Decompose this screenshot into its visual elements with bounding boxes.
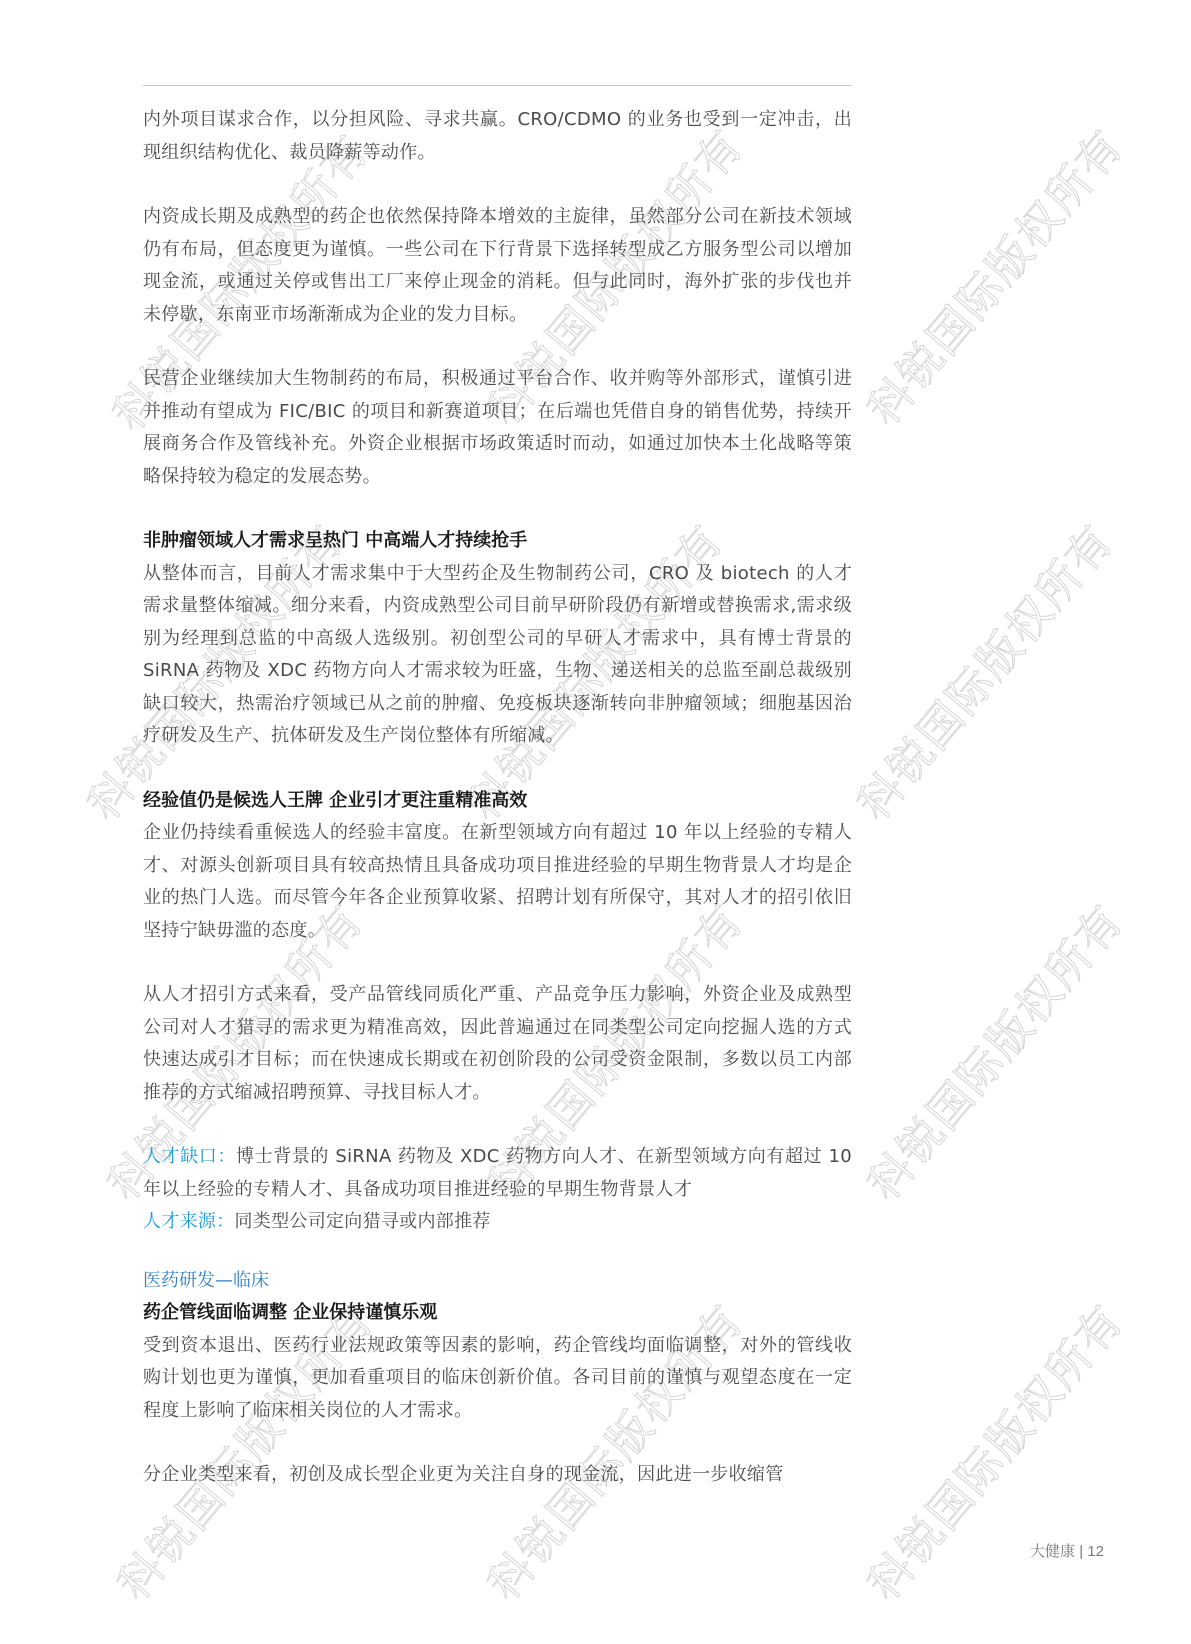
watermark: 科锐国际版权所有 [850, 113, 1136, 436]
section-label-clinical: 医药研发—临床 [143, 1265, 852, 1298]
footer-section: 大健康 [1030, 1543, 1075, 1560]
paragraph-pipeline-adjustment: 受到资本退出、医药行业法规政策等因素的影响，药企管线均面临调整，对外的管线收购计… [143, 1330, 852, 1428]
talent-source-line: 人才来源：同类型公司定向猎寻或内部推荐 [143, 1206, 852, 1239]
talent-gap-text: 博士背景的 SiRNA 药物及 XDC 药物方向人才、在新型领域方向有超过 10… [143, 1146, 852, 1200]
section-heading-experience: 经验值仍是候选人王牌 企业引才更注重精准高效 [143, 785, 852, 818]
watermark: 科锐国际版权所有 [840, 508, 1126, 831]
paragraph-private-companies: 民营企业继续加大生物制药的布局，积极通过平台合作、收并购等外部形式，谨慎引进并推… [143, 363, 852, 493]
page-footer: 大健康 | 12 [1030, 1540, 1104, 1561]
watermark: 科锐国际版权所有 [850, 888, 1136, 1211]
page-number: 12 [1087, 1543, 1104, 1560]
talent-source-label: 人才来源： [143, 1211, 235, 1232]
talent-source-text: 同类型公司定向猎寻或内部推荐 [235, 1211, 491, 1232]
talent-gap-line: 人才缺口：博士背景的 SiRNA 药物及 XDC 药物方向人才、在新型领域方向有… [143, 1141, 852, 1206]
footer-separator: | [1079, 1543, 1083, 1560]
talent-gap-label: 人才缺口： [143, 1146, 236, 1167]
paragraph-company-types: 分企业类型来看，初创及成长型企业更为关注自身的现金流，因此进一步收缩管 [143, 1459, 852, 1492]
paragraph-recruitment-methods: 从人才招引方式来看，受产品管线同质化严重、产品竞争压力影响，外资企业及成熟型公司… [143, 979, 852, 1109]
paragraph-talent-demand: 从整体而言，目前人才需求集中于大型药企及生物制药公司，CRO 及 biotech… [143, 558, 852, 753]
paragraph-experience: 企业仍持续看重候选人的经验丰富度。在新型领域方向有超过 10 年以上经验的专精人… [143, 817, 852, 947]
watermark: 科锐国际版权所有 [850, 1288, 1136, 1611]
page-body: 内外项目谋求合作，以分担风险、寻求共赢。CRO/CDMO 的业务也受到一定冲击，… [143, 104, 852, 1492]
section-heading-pipeline: 药企管线面临调整 企业保持谨慎乐观 [143, 1297, 852, 1330]
section-heading-non-oncology: 非肿瘤领域人才需求呈热门 中高端人才持续抢手 [143, 525, 852, 558]
paragraph-continuation: 内外项目谋求合作，以分担风险、寻求共赢。CRO/CDMO 的业务也受到一定冲击，… [143, 104, 852, 169]
paragraph-domestic-companies: 内资成长期及成熟型的药企也依然保持降本增效的主旋律，虽然部分公司在新技术领域仍有… [143, 201, 852, 331]
header-rule [143, 85, 852, 86]
